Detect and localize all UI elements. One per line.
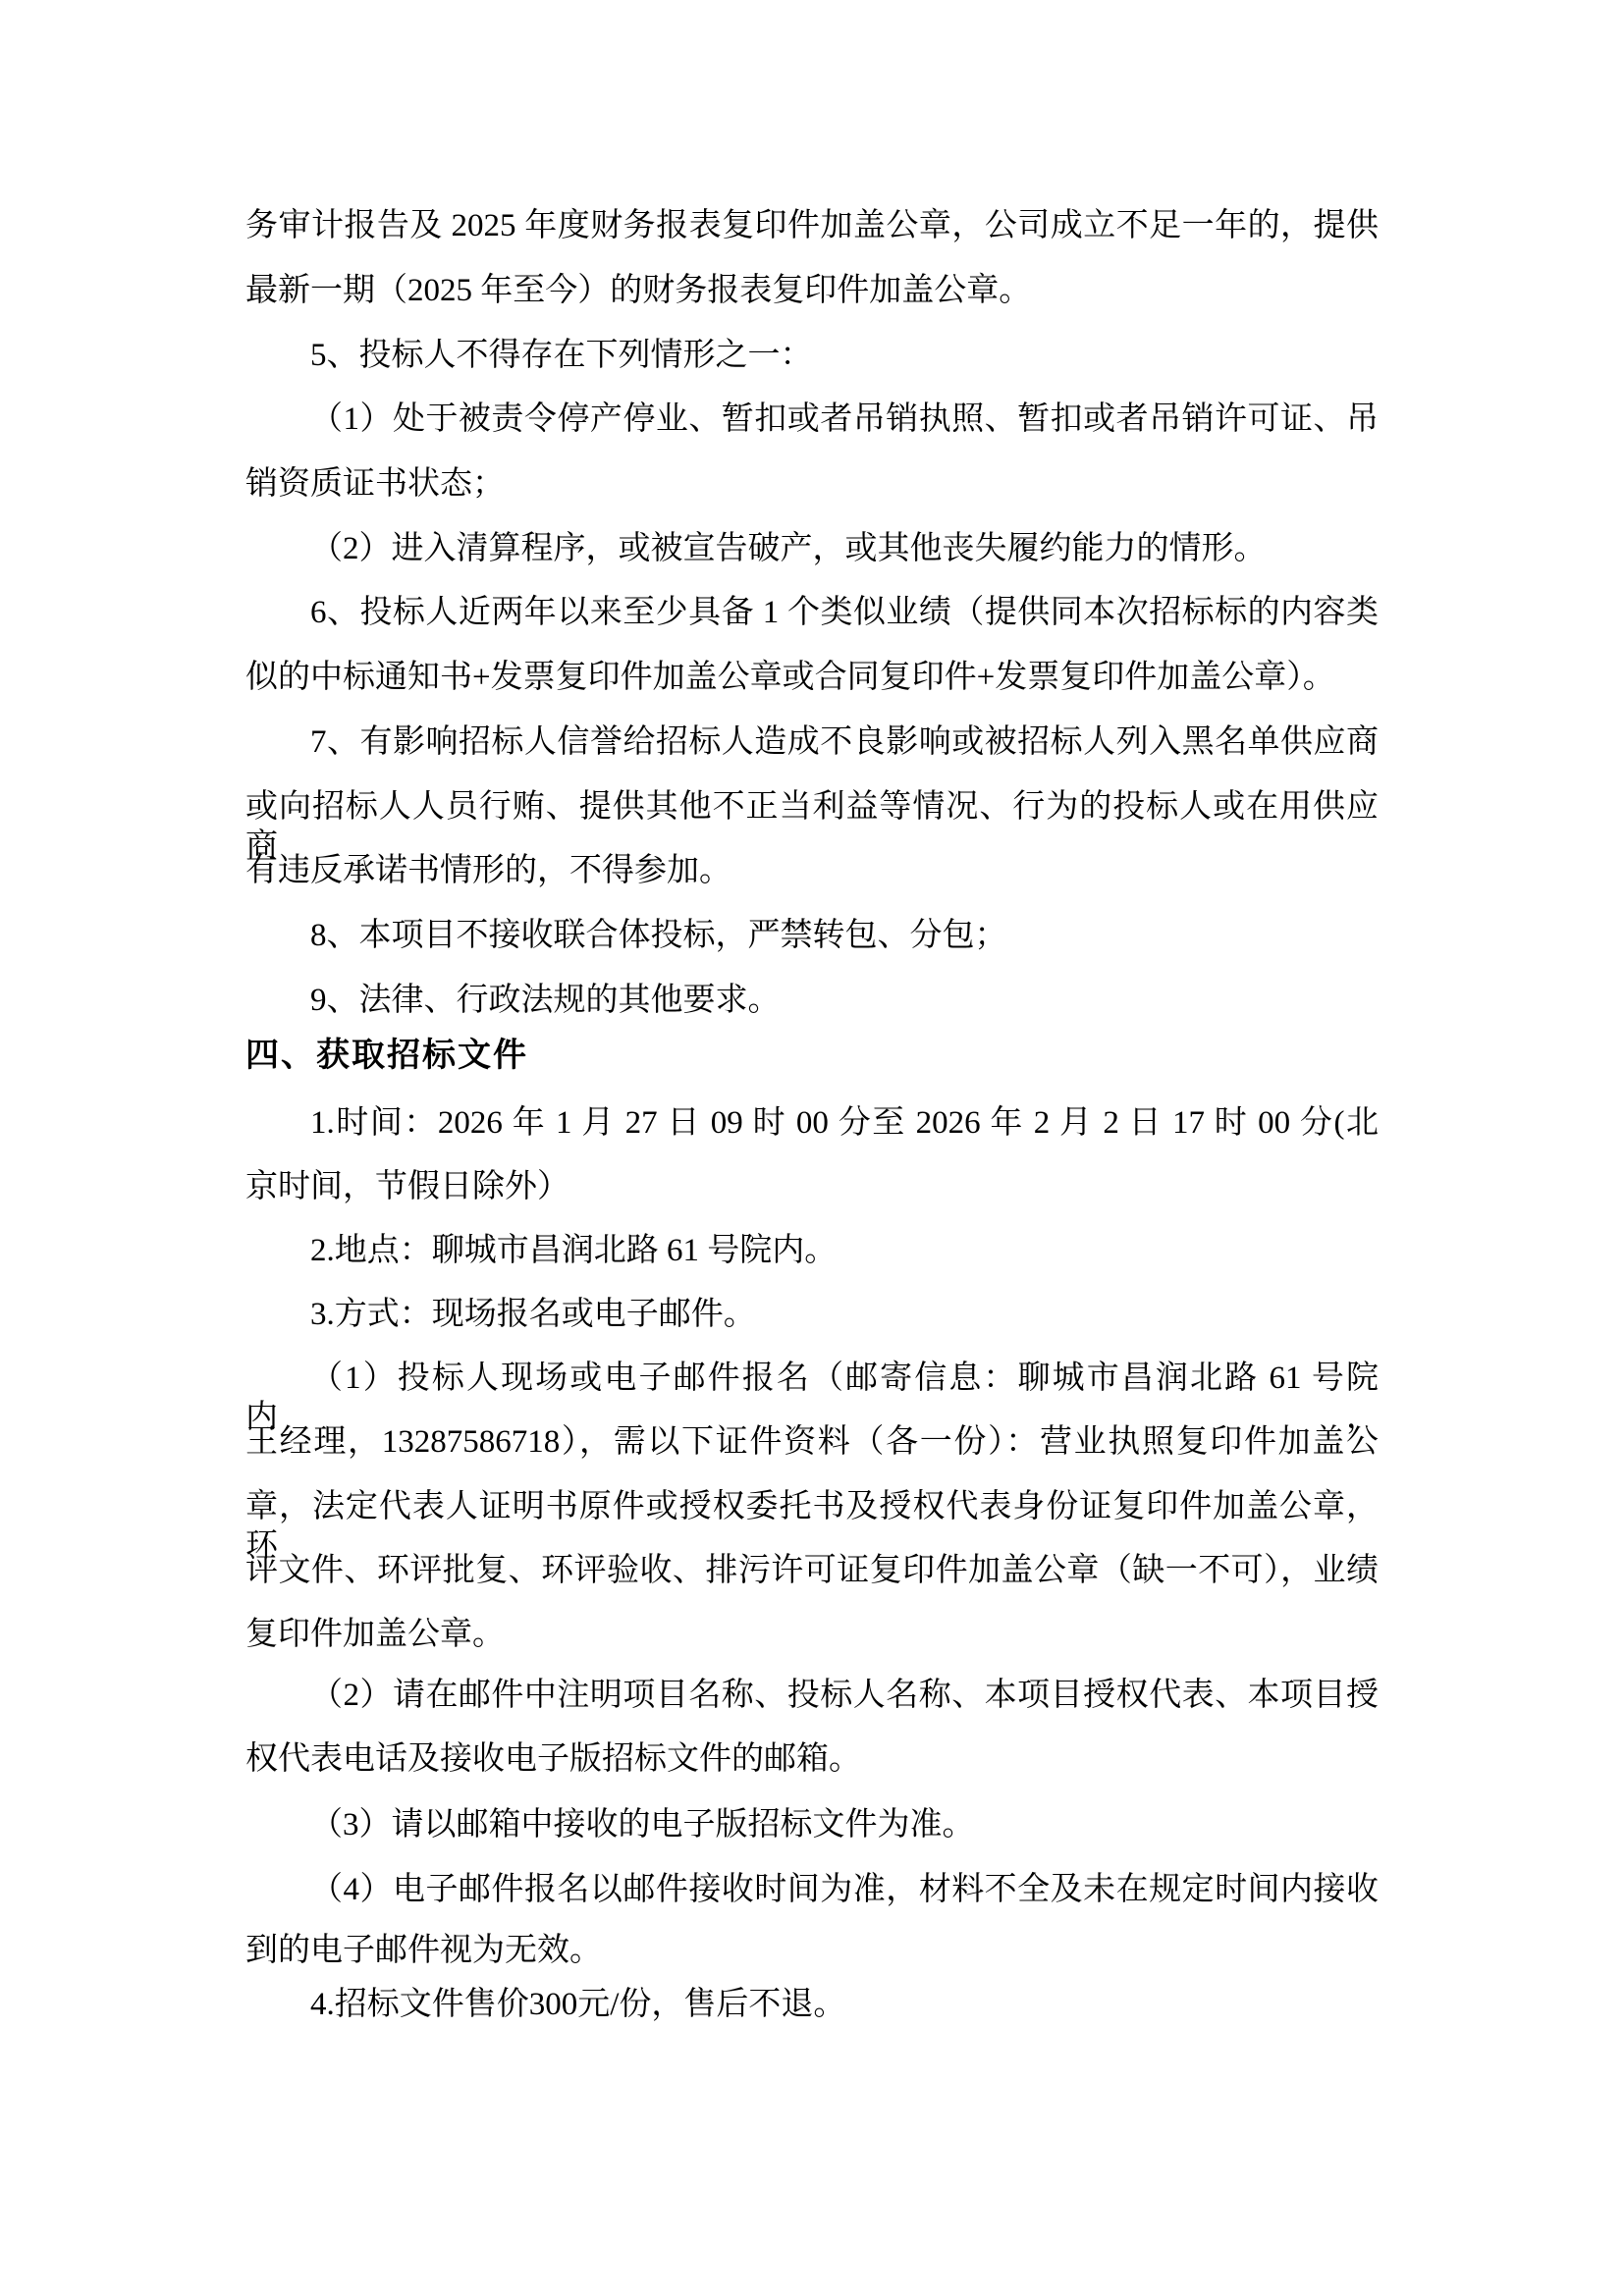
text-line-29: 4.招标文件售价300元/份，售后不退。 — [245, 1985, 1379, 2024]
text-line-4: （1）处于被责令停产停业、暂扣或者吊销执照、暂扣或者吊销许可证、吊 — [245, 400, 1379, 439]
text-line-18: 3.方式：现场报名或电子邮件。 — [245, 1295, 1379, 1334]
text-line-12: 8、本项目不接收联合体投标，严禁转包、分包； — [245, 916, 1379, 955]
text-line-3: 5、投标人不得存在下列情形之一： — [245, 336, 1379, 375]
text-line-17: 2.地点：聊城市昌润北路 61 号院内。 — [245, 1231, 1379, 1270]
document-body: 务审计报告及 2025 年度财务报表复印件加盖公章，公司成立不足一年的，提供最新… — [0, 0, 1624, 2296]
text-line-11: 有违反承诺书情形的，不得参加。 — [245, 851, 1379, 890]
text-line-1: 务审计报告及 2025 年度财务报表复印件加盖公章，公司成立不足一年的，提供 — [245, 206, 1379, 245]
section-heading: 四、获取招标文件 — [245, 1036, 1379, 1075]
text-line-27: （4）电子邮件报名以邮件接收时间为准，材料不全及未在规定时间内接收 — [245, 1870, 1379, 1909]
text-line-8: 似的中标通知书+发票复印件加盖公章或合同复印件+发票复印件加盖公章）。 — [245, 658, 1379, 697]
text-line-22: 评文件、环评批复、环评验收、排污许可证复印件加盖公章（缺一不可），业绩 — [245, 1551, 1379, 1590]
text-line-28: 到的电子邮件视为无效。 — [245, 1931, 1379, 1970]
text-line-16: 京时间，节假日除外） — [245, 1167, 1379, 1206]
document-page: 务审计报告及 2025 年度财务报表复印件加盖公章，公司成立不足一年的，提供最新… — [0, 0, 1624, 2296]
text-line-24: （2）请在邮件中注明项目名称、投标人名称、本项目授权代表、本项目授 — [245, 1676, 1379, 1715]
text-line-9: 7、有影响招标人信誉给招标人造成不良影响或被招标人列入黑名单供应商 — [245, 722, 1379, 762]
text-line-15: 1.时间：2026 年 1 月 27 日 09 时 00 分至 2026 年 2… — [245, 1103, 1379, 1143]
text-line-2: 最新一期（2025 年至今）的财务报表复印件加盖公章。 — [245, 271, 1379, 310]
text-line-5: 销资质证书状态； — [245, 464, 1379, 504]
text-line-25: 权代表电话及接收电子版招标文件的邮箱。 — [245, 1739, 1379, 1779]
text-line-23: 复印件加盖公章。 — [245, 1615, 1379, 1654]
text-line-7: 6、投标人近两年以来至少具备 1 个类似业绩（提供同本次招标标的内容类 — [245, 593, 1379, 632]
text-line-13: 9、法律、行政法规的其他要求。 — [245, 981, 1379, 1020]
text-line-6: （2）进入清算程序，或被宣告破产，或其他丧失履约能力的情形。 — [245, 529, 1379, 568]
text-line-26: （3）请以邮箱中接收的电子版招标文件为准。 — [245, 1805, 1379, 1844]
text-line-20: 王经理，13287586718），需以下证件资料（各一份）：营业执照复印件加盖公 — [245, 1422, 1379, 1462]
